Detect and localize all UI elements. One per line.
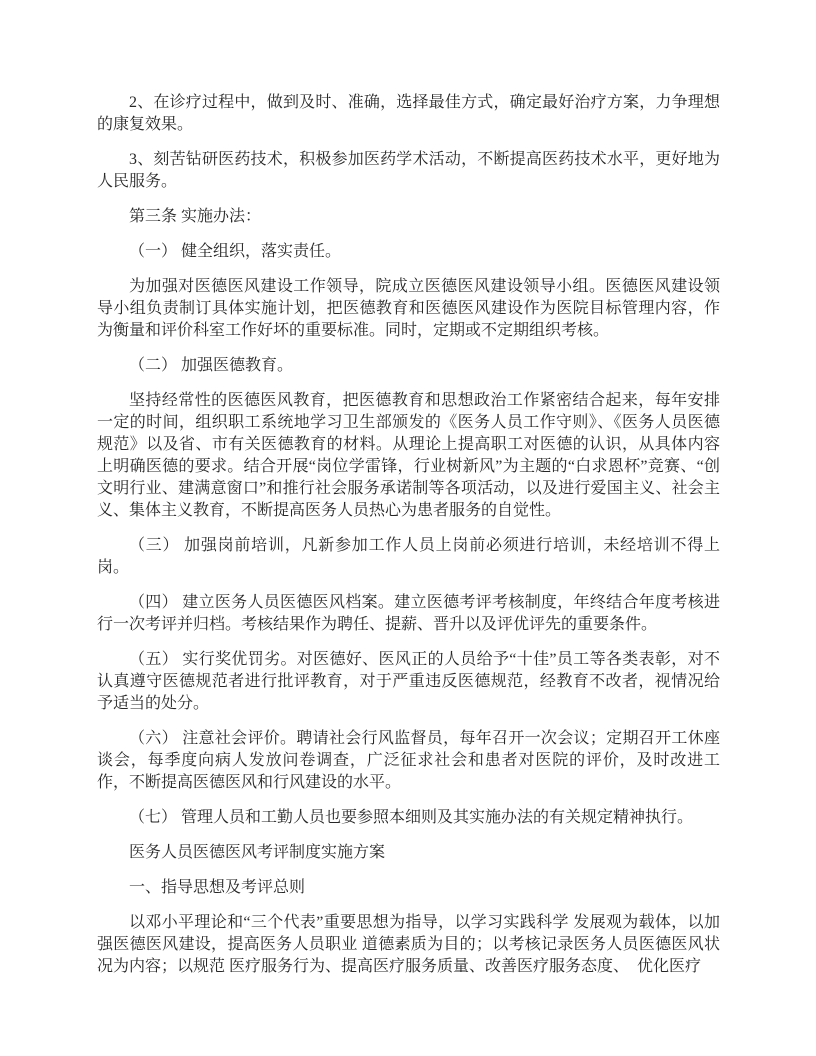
- item-1-heading: （一） 健全组织，落实责任。: [97, 241, 720, 263]
- plan-title: 医务人员医德医风考评制度实施方案: [97, 842, 720, 864]
- item-6-paragraph: （六） 注意社会评价。聘请社会行风监督员，每年召开一次会议；定期召开工休座谈会，…: [97, 728, 720, 794]
- doc-paragraph: 为加强对医德医风建设工作领导，院成立医德医风建设领导小组。医德医风建设领导小组负…: [97, 276, 720, 342]
- doc-paragraph: 3、刻苦钻研医药技术，积极参加医药学术活动，不断提高医药技术水平，更好地为人民服…: [97, 149, 720, 193]
- section-1-heading: 一、指导思想及考评总则: [97, 877, 720, 899]
- item-5-paragraph: （五） 实行奖优罚劣。对医德好、医风正的人员给予“十佳”员工等各类表彰，对不认真…: [97, 649, 720, 715]
- item-4-paragraph: （四） 建立医务人员医德医风档案。建立医德考评考核制度，年终结合年度考核进行一次…: [97, 592, 720, 636]
- item-7-paragraph: （七） 管理人员和工勤人员也要参照本细则及其实施办法的有关规定精神执行。: [97, 807, 720, 829]
- article-3-heading: 第三条 实施办法：: [97, 206, 720, 228]
- doc-paragraph: 2、在诊疗过程中，做到及时、准确，选择最佳方式，确定最好治疗方案，力争理想的康复…: [97, 92, 720, 136]
- item-2-heading: （二） 加强医德教育。: [97, 355, 720, 377]
- item-3-paragraph: （三） 加强岗前培训，凡新参加工作人员上岗前必须进行培训，未经培训不得上岗。: [97, 535, 720, 579]
- document-page: 2、在诊疗过程中，做到及时、准确，选择最佳方式，确定最好治疗方案，力争理想的康复…: [0, 0, 816, 1056]
- doc-paragraph: 以邓小平理论和“三个代表”重要思想为指导，以学习实践科学 发展观为载体，以加强医…: [97, 912, 720, 978]
- doc-paragraph: 坚持经常性的医德医风教育，把医德教育和思想政治工作紧密结合起来，每年安排一定的时…: [97, 390, 720, 522]
